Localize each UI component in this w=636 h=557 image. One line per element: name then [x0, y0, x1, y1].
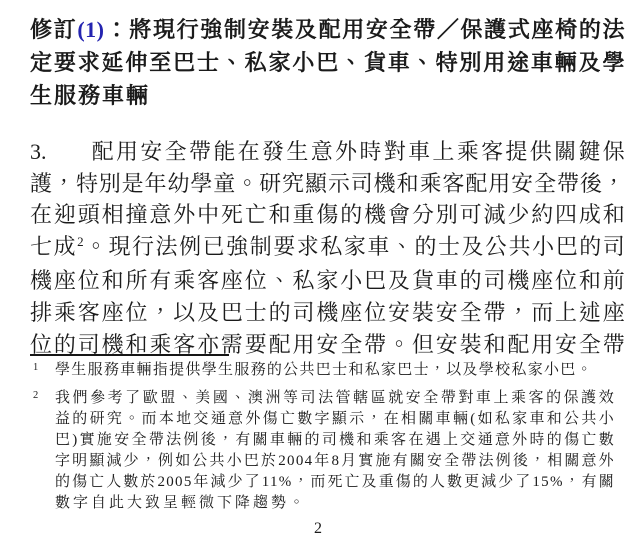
- footnote-2: 2 我們參考了歐盟、美國、澳洲等司法管轄區就安全帶對車上乘客的保護效 益的研究。…: [30, 388, 615, 514]
- paragraph-3-line-4-pre: 七成: [30, 234, 77, 259]
- page-number: 2: [0, 520, 636, 538]
- paragraph-3-line-5: 機座位和所有乘客座位、私家小巴及貨車的司機座位和前: [30, 265, 625, 297]
- footnote-2-line-5: 的傷亡人數於2005年減少了11%，而死亡及重傷的人數更減少了15%，有關: [55, 472, 615, 493]
- paragraph-3-line-1: 3.配用安全帶能在發生意外時對車上乘客提供關鍵保: [30, 136, 625, 168]
- document-page: 修訂(1)：將現行強制安裝及配用安全帶／保護式座椅的法 定要求延伸至巴士、私家小…: [0, 0, 636, 557]
- heading-line-3: 生服務車輛: [30, 79, 625, 112]
- heading-line-1: 修訂(1)：將現行強制安裝及配用安全帶／保護式座椅的法: [30, 13, 625, 46]
- heading-line-1-rest: ：將現行強制安裝及配用安全帶／保護式座椅的法: [104, 17, 625, 42]
- footnote-1-text: 學生服務車輛指提供學生服務的公共巴士和私家巴士，以及學校私家小巴。: [55, 360, 615, 381]
- paragraph-3-line-2: 護，特別是年幼學童。研究顯示司機和乘客配用安全帶後，: [30, 168, 625, 200]
- footnote-separator: [30, 354, 229, 356]
- footnote-2-line-2: 益的研究。而本地交通意外傷亡數字顯示，在相關車輛(如私家車和公共小: [55, 409, 615, 430]
- section-heading: 修訂(1)：將現行強制安裝及配用安全帶／保護式座椅的法 定要求延伸至巴士、私家小…: [30, 13, 625, 112]
- amendment-ref: (1): [77, 17, 104, 42]
- footnote-2-line-4: 字明顯減少，例如公共小巴於2004年8月實施有關安全帶法例後，相關意外: [55, 451, 615, 472]
- heading-prefix: 修訂: [30, 17, 77, 42]
- paragraph-3-line-3: 在迎頭相撞意外中死亡和重傷的機會分別可減少約四成和: [30, 199, 625, 231]
- paragraph-3-line-4-post: 。現行法例已強制要求私家車、的士及公共小巴的司: [84, 234, 625, 259]
- paragraph-3-line-6: 排乘客座位，以及巴士的司機座位安裝安全帶，而上述座: [30, 297, 625, 329]
- footnote-1: 1 學生服務車輛指提供學生服務的公共巴士和私家巴士，以及學校私家小巴。: [30, 360, 615, 381]
- footnote-2-line-3: 巴)實施安全帶法例後，有關車輛的司機和乘客在遇上交通意外時的傷亡數: [55, 430, 615, 451]
- footnote-2-marker: 2: [33, 388, 38, 404]
- heading-line-2: 定要求延伸至巴士、私家小巴、貨車、特別用途車輛及學: [30, 46, 625, 79]
- paragraph-number: 3.: [30, 139, 47, 164]
- paragraph-3-line-4: 七成2。現行法例已強制要求私家車、的士及公共小巴的司: [30, 231, 625, 266]
- footnote-2-line-1: 我們參考了歐盟、美國、澳洲等司法管轄區就安全帶對車上乘客的保護效: [55, 388, 615, 409]
- paragraph-3-line-1-text: 配用安全帶能在發生意外時對車上乘客提供關鍵保: [90, 139, 626, 164]
- paragraph-3: 3.配用安全帶能在發生意外時對車上乘客提供關鍵保 護，特別是年幼學童。研究顯示司…: [30, 136, 625, 360]
- footnote-2-line-6: 數字自此大致呈輕微下降趨勢。: [55, 493, 615, 514]
- footnote-reference-2: 2: [77, 234, 84, 249]
- footnote-1-marker: 1: [33, 360, 38, 376]
